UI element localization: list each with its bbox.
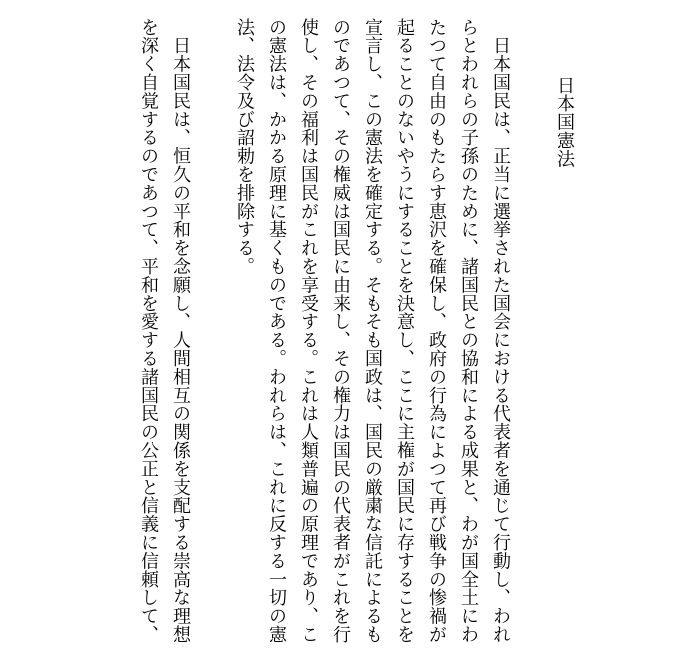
document-page: 日本国憲法 日本国民は、正当に選挙された国会における代表者を通じて行動し、われら… — [0, 0, 700, 650]
preamble-paragraph-1: 日本国民は、正当に選挙された国会における代表者を通じて行動し、われらとわれらの子… — [228, 18, 516, 650]
vertical-text-area: 日本国憲法 日本国民は、正当に選挙された国会における代表者を通じて行動し、われら… — [132, 18, 580, 650]
preamble-paragraph-2: 日本国民は、恒久の平和を念願し、人間相互の関係を支配する崇高な理想を深く自覚する… — [132, 18, 196, 650]
document-title: 日本国憲法 — [548, 18, 580, 650]
